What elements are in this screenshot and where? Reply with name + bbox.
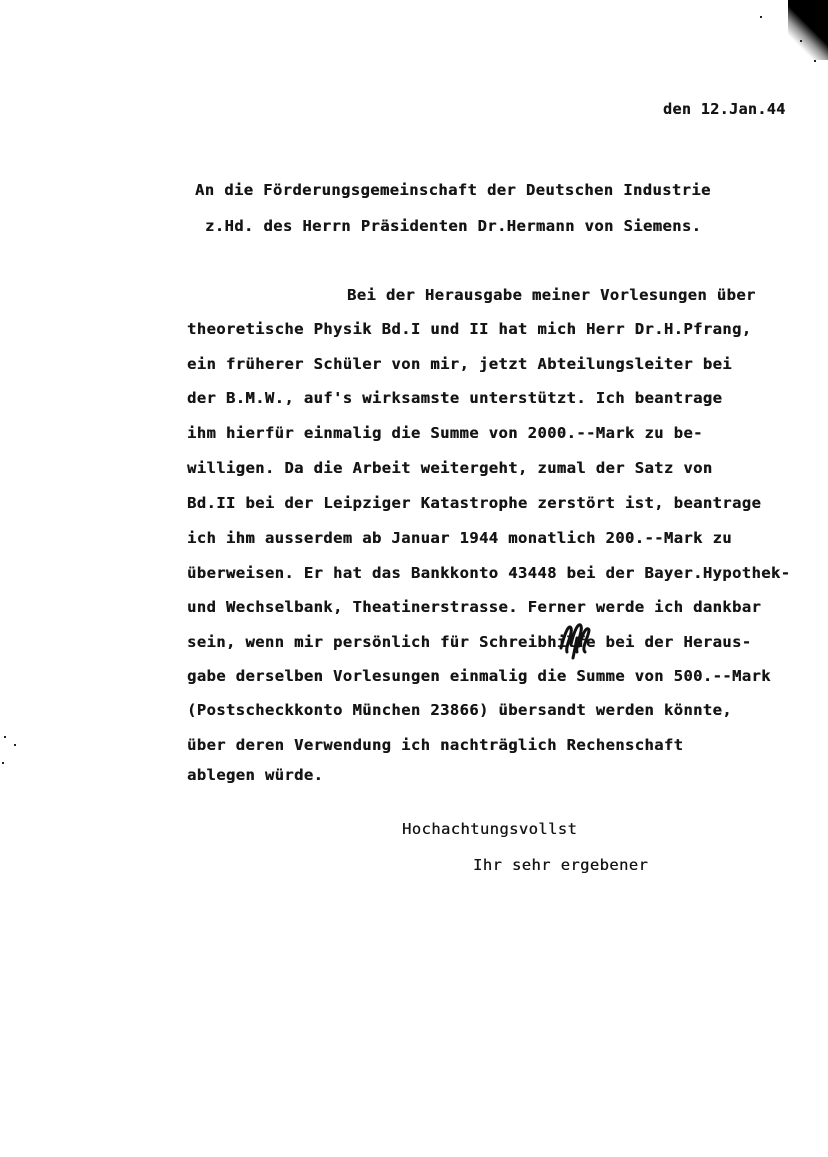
body-line: willigen. Da die Arbeit weitergeht, zuma… [187, 459, 713, 477]
body-line: über deren Verwendung ich nachträglich R… [187, 736, 683, 754]
body-line: (Postscheckkonto München 23866) übersand… [187, 701, 732, 719]
body-line: Bei der Herausgabe meiner Vorlesungen üb… [347, 286, 756, 304]
closing-line-1: Hochachtungsvollst [402, 820, 577, 838]
body-line: ihm hierfür einmalig die Summe von 2000.… [187, 424, 703, 442]
closing-line-2: Ihr sehr ergebener [473, 856, 648, 874]
body-line: theoretische Physik Bd.I und II hat mich… [187, 320, 751, 338]
body-line: ein früherer Schüler von mir, jetzt Abte… [187, 355, 732, 373]
letter-page: den 12.Jan.44 An die Förderungsgemeinsch… [0, 0, 828, 1157]
scan-speck [14, 744, 16, 746]
letter-date: den 12.Jan.44 [663, 100, 786, 118]
scan-speck [2, 762, 4, 764]
body-line: sein, wenn mir persönlich für Schreibhil… [187, 633, 751, 651]
addressee-line-1: An die Förderungsgemeinschaft der Deutsc… [195, 181, 711, 199]
handwritten-correction-mark [555, 618, 599, 662]
body-line: gabe derselben Vorlesungen einmalig die … [187, 667, 771, 685]
body-line: der B.M.W., auf's wirksamste unterstützt… [187, 389, 722, 407]
scan-speck [814, 60, 816, 62]
body-line: und Wechselbank, Theatinerstrasse. Ferne… [187, 598, 761, 616]
scan-speck [4, 736, 6, 738]
scan-speck [760, 16, 762, 18]
body-line: Bd.II bei der Leipziger Katastrophe zers… [187, 494, 761, 512]
body-line: ablegen würde. [187, 766, 323, 784]
addressee-line-2: z.Hd. des Herrn Präsidenten Dr.Hermann v… [205, 217, 701, 235]
body-line: ich ihm ausserdem ab Januar 1944 monatli… [187, 529, 732, 547]
scan-corner-shadow [788, 0, 828, 60]
scan-speck [800, 40, 802, 42]
body-line: überweisen. Er hat das Bankkonto 43448 b… [187, 564, 790, 582]
